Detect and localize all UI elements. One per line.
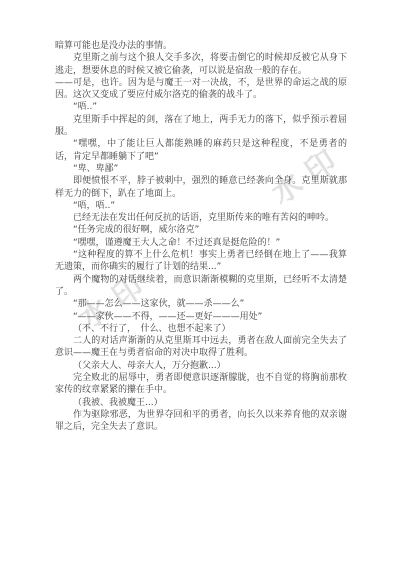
paragraph: 即便愤恨不平，脖子被刺中，强烈的睡意已经袭向全身。克里斯就那样无力的倒下，趴在了…: [55, 175, 347, 200]
document-page: 水印 水印 暗算可能也是没办法的事情。 克里斯之前与这个狼人交手多次，将要击倒它…: [0, 0, 399, 565]
paragraph-dialogue: “唔..”: [55, 101, 347, 113]
paragraph-dialogue: “嘿嘿，谨遵魔王大人之命！不过还真是挺危险的！”: [55, 237, 347, 249]
paragraph: 暗算可能也是没办法的事情。: [55, 40, 347, 52]
paragraph-dialogue: “任务完成的很好啊，威尔洛克”: [55, 224, 347, 236]
paragraph-thought: （不、不行了， 什么、也想不起来了）: [55, 323, 347, 335]
novel-text-block: 暗算可能也是没办法的事情。 克里斯之前与这个狼人交手多次，将要击倒它的时候却反被…: [55, 40, 347, 434]
paragraph: 克里斯手中挥起的剑，落在了地上，两手无力的落下，似乎预示着屈服。: [55, 114, 347, 139]
paragraph-dialogue: “那——怎么——这家伙，就——杀——么”: [55, 298, 347, 310]
paragraph: 二人的对话声渐渐的从克里斯耳中远去，勇者在敌人面前完全失去了意识——魔王在与勇者…: [55, 335, 347, 360]
paragraph: 克里斯之前与这个狼人交手多次，将要击倒它的时候却反被它从身下逃走，想要休息的时候…: [55, 52, 347, 77]
paragraph: 作为驱除邪恶，为世界夺回和平的勇者，向长久以来养育他的双亲谢罪之后，完全失去了意…: [55, 409, 347, 434]
paragraph-thought: （我被、我被魔王...）: [55, 397, 347, 409]
paragraph-dialogue: “唔，唔..”: [55, 200, 347, 212]
paragraph: 完全败北的屈辱中，勇者即便意识逐渐朦胧，也不自觉的将胸前那枚家传的纹章紧紧的攥在…: [55, 372, 347, 397]
paragraph: ——可是，也许。因为是与魔王一对一决战，不，是世界的命运之战的原因。这次又变成了…: [55, 77, 347, 102]
paragraph-dialogue: “嘿嘿，中了能让巨人都能熟睡的麻药只是这种程度，不是勇者的话，肯定早都睡躺下了吧…: [55, 138, 347, 163]
paragraph-dialogue: “卑、卑鄙”: [55, 163, 347, 175]
paragraph: 已经无法在发出任何反抗的话语，克里斯传来的唯有苦闷的呻吟。: [55, 212, 347, 224]
paragraph-dialogue: “这种程度的算不上什么危机！事实上勇者已经倒在地上了——我算无遗策，而你确实的履…: [55, 249, 347, 274]
paragraph: 两个魔物的对话继续着，而意识渐渐模糊的克里斯，已经听不太清楚了。: [55, 274, 347, 299]
paragraph-thought: （父亲大人、母亲大人，万分抱歉...）: [55, 360, 347, 372]
paragraph-dialogue: “——家伙——不得，——还—更好———用处”: [55, 311, 347, 323]
